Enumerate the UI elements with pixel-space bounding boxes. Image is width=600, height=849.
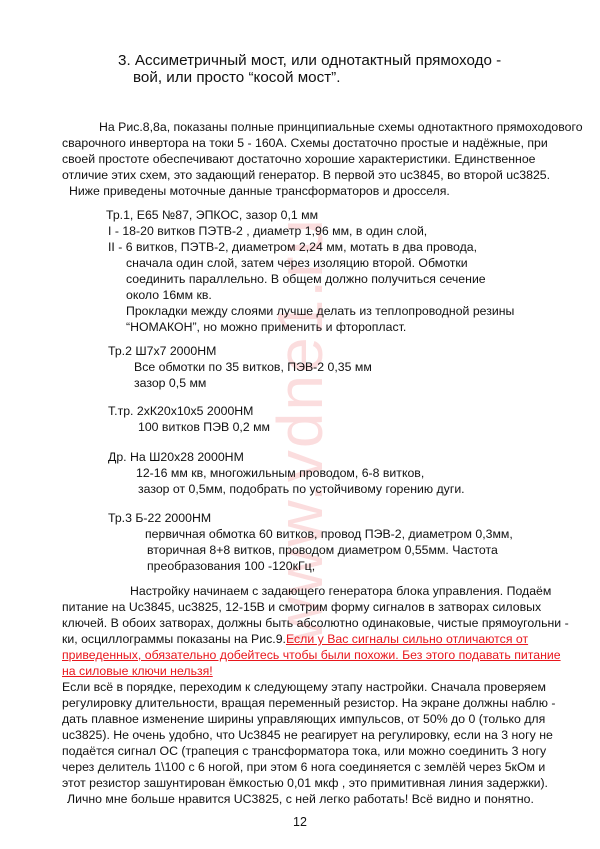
- next-line: Если всё в порядке, переходим к следующе…: [62, 680, 546, 695]
- warning-text: Если у Вас сигналы сильно отличаются от: [286, 632, 528, 646]
- tr1-line: около 16мм кв.: [126, 288, 212, 303]
- ttr-line: Т.тр. 2хК20х10х5 2000НМ: [108, 404, 253, 419]
- warning-text: на силовые ключи нельзя!: [62, 664, 213, 679]
- next-line: Лично мне больше нравится UC3825, с ней …: [67, 792, 534, 807]
- setup-line: ки, осциллограммы показаны на Рис.9.Если…: [62, 632, 528, 647]
- tr3-line: преобразования 100 -120кГц,: [147, 559, 315, 574]
- intro-line: отличие этих схем, это задающий генерато…: [62, 168, 550, 183]
- next-line: этот резистор зашунтирован ёмкостью 0,01…: [62, 776, 548, 791]
- next-line: регулировку длительности, вращая перемен…: [62, 696, 555, 711]
- next-line: uc3825). Не очень удобно, что Uc3845 не …: [62, 728, 553, 743]
- tr2-line: Все обмотки по 35 витков, ПЭВ-2 0,35 мм: [134, 360, 372, 375]
- tr3-line: первичная обмотка 60 витков, провод ПЭВ-…: [145, 527, 513, 542]
- tr1-line: сначала один слой, затем через изоляцию …: [126, 256, 468, 271]
- tr1-line: Прокладки между слоями лучше делать из т…: [126, 304, 514, 319]
- intro-line: своей простоте обеспечивают достаточно х…: [62, 152, 536, 167]
- intro-line: На Рис.8,8а, показаны полные принципиаль…: [99, 120, 583, 135]
- tr1-line: II - 6 витков, ПЭТВ-2, диаметром 2,24 мм…: [108, 240, 477, 255]
- dr-line: 12-16 мм кв, многожильным проводом, 6-8 …: [136, 466, 424, 481]
- setup-line: питание на Uc3845, uc3825, 12-15В и смот…: [62, 600, 541, 615]
- tr1-line: соединить параллельно. В общем должно по…: [126, 272, 486, 287]
- next-line: через делитель 1\100 с 6 ногой, при этом…: [62, 760, 545, 775]
- tr3-line: Тр.3 Б-22 2000НМ: [108, 511, 211, 526]
- next-line: подаётся сигнал ОС (трапеция с трансформ…: [62, 744, 546, 759]
- tr3-line: вторичная 8+8 витков, проводом диаметром…: [147, 543, 498, 558]
- tr1-line: I - 18-20 витков ПЭТВ-2 , диаметр 1,96 м…: [108, 224, 427, 239]
- next-line: дать плавное изменение ширины управляющи…: [62, 712, 545, 727]
- intro-line: Ниже приведены моточные данные трансформ…: [69, 184, 450, 199]
- setup-line: ключей. В обоих затворах, должны быть аб…: [62, 616, 569, 631]
- tr1-line: “НОМАКОН”, но можно применить и фторопла…: [126, 320, 406, 335]
- dr-line: зазор от 0,5мм, подобрать по устойчивому…: [138, 482, 465, 497]
- warning-text: приведенных, обязательно добейтесь чтобы…: [62, 648, 561, 663]
- section-heading-line1: 3. Ассиметричный мост, или однотактный п…: [118, 52, 501, 70]
- tr2-line: зазор 0,5 мм: [134, 376, 206, 391]
- tr1-line: Тр.1, Е65 №87, ЭПКОС, зазор 0,1 мм: [106, 208, 318, 223]
- setup-text: ки, осциллограммы показаны на Рис.9.: [62, 632, 286, 646]
- setup-line: Настройку начинаем с задающего генератор…: [130, 584, 551, 599]
- section-heading-line2: вой, или просто “косой мост”.: [133, 69, 340, 87]
- intro-line: сварочного инвертора на токи 5 - 160А. С…: [62, 136, 548, 151]
- dr-line: Др. На Ш20х28 2000НМ: [108, 450, 244, 465]
- tr2-line: Тр.2 Ш7х7 2000НМ: [108, 344, 216, 359]
- page-number: 12: [0, 815, 600, 829]
- ttr-line: 100 витков ПЭВ 0,2 мм: [138, 420, 270, 435]
